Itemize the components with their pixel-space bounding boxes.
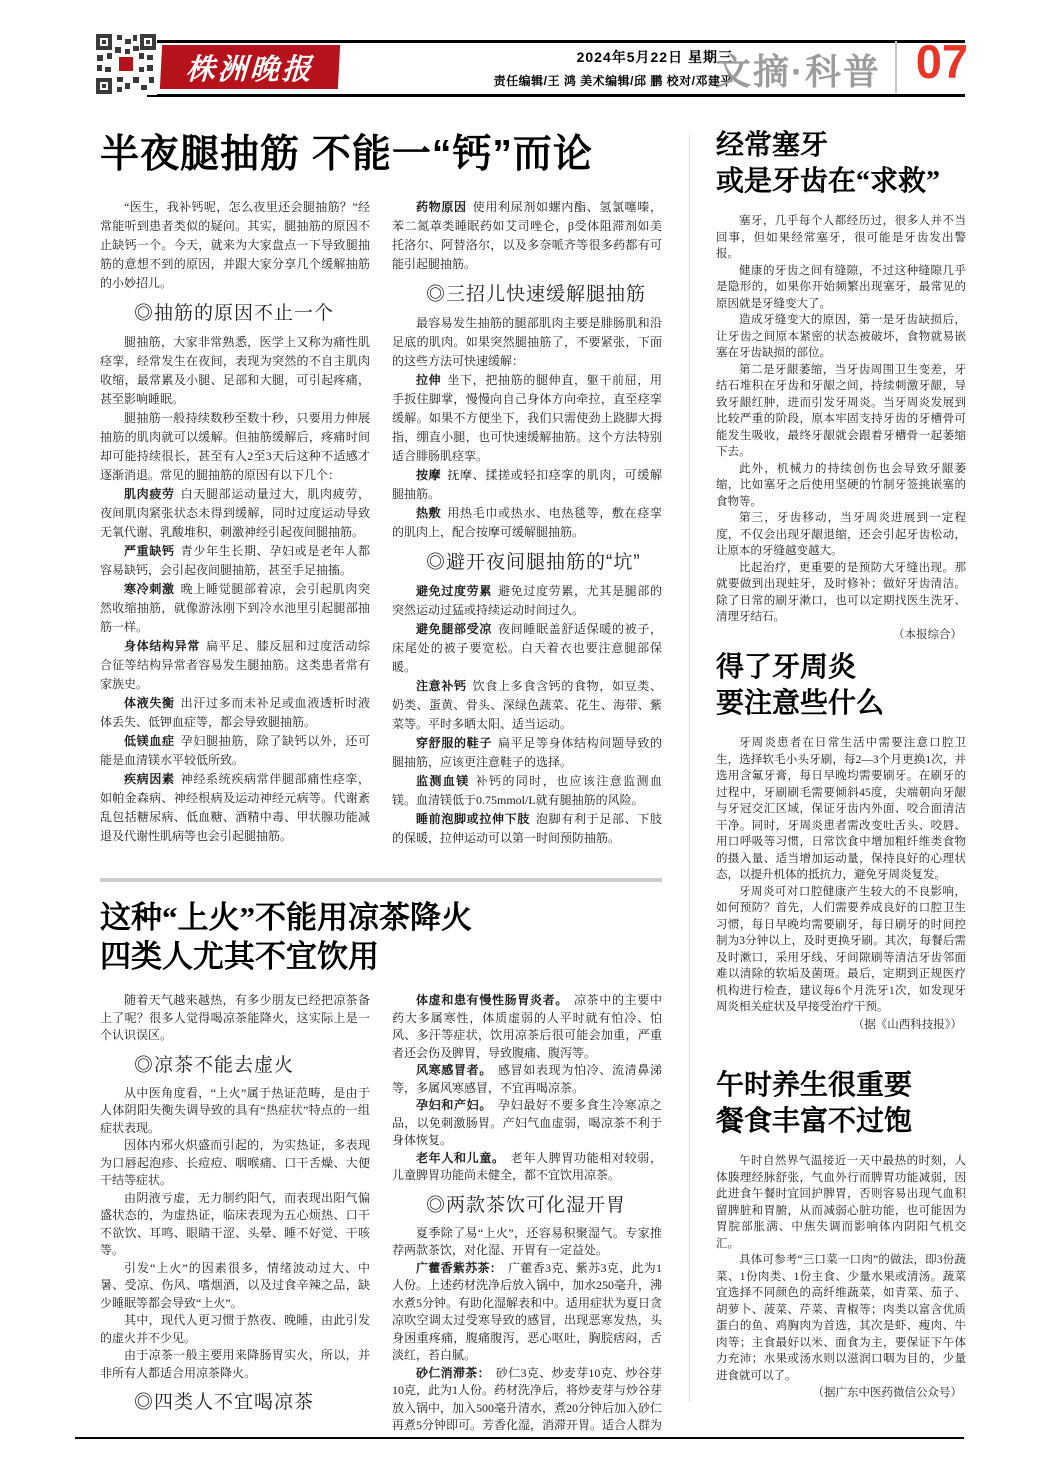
article-paragraph: 严重缺钙青少年生长期、孕妇或是老年人都容易缺钙，会引起夜间腿抽筋，甚至手足抽搐。 <box>100 542 370 580</box>
article-paragraph: “医生，我补钙呢，怎么夜里还会腿抽筋？”经常能听到患者类似的疑问。其实，腿抽筋的… <box>100 198 370 293</box>
article-paragraph: 疾病因素神经系统疾病常伴腿部痛性痉挛，如帕金森病、神经根病及运动神经元病等。代谢… <box>100 770 370 846</box>
article-paragraph: 午时自然界气温接近一天中最热的时刻，人体腠理经脉舒张，气血外行而脾胃功能减弱，因… <box>716 1153 966 1252</box>
article-body: “医生，我补钙呢，怎么夜里还会腿抽筋？”经常能听到患者类似的疑问。其实，腿抽筋的… <box>100 198 662 866</box>
paragraph-lead: 注意补钙 <box>416 679 467 693</box>
paragraph-lead: 孕妇和产妇。 <box>416 1098 492 1112</box>
article-paragraph: 腿抽筋，大家非常熟悉，医学上又称为痛性肌痉挛，经常发生在夜间，表现为突然的不自主… <box>100 333 370 409</box>
qr-code <box>95 33 157 95</box>
article-paragraph: 孕妇和产妇。孕妇最好不要多食生冷寒凉之品，以免刺激肠胃。产妇气血虚弱，喝凉茶不利… <box>392 1097 662 1150</box>
title-line-2: 要注意些什么 <box>716 688 884 719</box>
page-header: 株洲晚报 2024年5月22日 星期三 责任编辑/王 鸿 美术编辑/邱 鹏 校对… <box>97 30 965 104</box>
section-subhead: ◎四类人不宜喝凉茶 <box>100 1391 370 1415</box>
section-subhead: ◎两款茶饮可化湿开胃 <box>392 1194 662 1218</box>
header-rule-top <box>147 40 965 43</box>
article-paragraph: 健康的牙齿之间有缝隙，不过这种缝隙几乎是隐形的，如果你开始频繁出现塞牙，最常见的… <box>716 263 966 313</box>
section-divider <box>100 878 662 882</box>
editors-line: 责任编辑/王 鸿 美术编辑/邱 鹏 校对/邓建平 <box>494 72 733 89</box>
paragraph-lead: 砂仁消滞茶： <box>416 1366 490 1380</box>
column-separator <box>689 135 690 1403</box>
article-title: 得了牙周炎 要注意些什么 <box>716 650 966 722</box>
paragraph-lead: 穿舒服的鞋子 <box>416 736 492 750</box>
section-subhead: ◎抽筋的原因不止一个 <box>100 302 370 326</box>
section-title: 文摘·科普 <box>715 44 881 95</box>
source-attribution: （本报综合） <box>716 627 966 644</box>
article-herbal-tea: 这种“上火”不能用凉茶降火 四类人尤其不宜饮用 随着天气越来越热，有多少朋友已经… <box>100 898 662 1440</box>
paragraph-lead: 风寒感冒者。 <box>416 1063 492 1077</box>
paragraph-lead: 肌肉疲劳 <box>124 487 175 501</box>
article-paragraph: 因体内邪火炽盛而引起的，为实热证，多表现为口唇起泡疹、长痘痘、咽喉痛、口干舌燥、… <box>100 1137 370 1190</box>
paragraph-lead: 热敷 <box>416 506 441 520</box>
article-body: 随着天气越来越热，有多少朋友已经把凉茶备上了呢？很多人觉得喝凉茶能降火，这实际上… <box>100 992 662 1440</box>
article-paragraph: 按摩抚摩、揉搓或轻扣痉挛的肌肉，可缓解腿抽筋。 <box>392 466 662 504</box>
source-attribution: （据《山西科技报》） <box>716 1017 966 1034</box>
title-line-1: 午时养生很重要 <box>716 1070 912 1101</box>
article-paragraph: 睡前泡脚或拉伸下肢泡脚有利于足部、下肢的保暖，拉伸运动可以第一时间预防抽筋。 <box>392 810 662 848</box>
article-leg-cramps: 半夜腿抽筋 不能一“钙”而论 “医生，我补钙呢，怎么夜里还会腿抽筋？”经常能听到… <box>100 132 662 866</box>
header-meta: 2024年5月22日 星期三 责任编辑/王 鸿 美术编辑/邱 鹏 校对/邓建平 <box>494 47 733 89</box>
paragraph-lead: 寒冷刺激 <box>124 582 175 596</box>
article-paragraph: 穿舒服的鞋子扁平足等身体结构问题导致的腿抽筋，应该更注意鞋子的选择。 <box>392 734 662 772</box>
article-paragraph: 引发“上火”的因素很多，情绪波动过大、中暑、受凉、伤风、嗜烟酒，以及过食辛辣之品… <box>100 1260 370 1313</box>
paragraph-lead: 体液失衡 <box>124 696 175 710</box>
paragraph-lead: 监测血镁 <box>416 774 470 788</box>
issue-date: 2024年5月22日 星期三 <box>494 47 733 67</box>
article-paragraph: 牙周炎患者在日常生活中需要注意口腔卫生，选择软毛小头牙刷，每2—3个月更换1次，… <box>716 735 966 884</box>
article-paragraph: 身体结构异常扁平足、膝反屈和过度活动综合征等结构异常者容易发生腿抽筋。这类患者常… <box>100 637 370 694</box>
article-paragraph: 从中医角度看，“上火”属于热证范畴，是由于人体阴阳失衡失调导致的具有“热症状”特… <box>100 1085 370 1138</box>
article-paragraph: 由于凉茶一般主要用来降肠胃实火，所以，并非所有人都适合用凉茶降火。 <box>100 1347 370 1382</box>
article-paragraph: 避免腿部受凉夜间睡眠盖舒适保暖的被子，床尾处的被子要宽松。白天着衣也要注意腿部保… <box>392 620 662 677</box>
paragraph-lead: 避免腿部受凉 <box>416 622 492 636</box>
article-paragraph: 拉伸坐下，把抽筋的腿伸直，躯干前屈，用手扳住脚掌，慢慢向自己身体方向牵拉，直至痉… <box>392 371 662 466</box>
article-paragraph: 比起治疗，更重要的是预防大牙缝出现。那就要做到出现蛀牙，及时修补；做好牙齿清洁。… <box>716 560 966 626</box>
paragraph-lead: 体虚和患有慢性肠胃炎者。 <box>416 993 568 1007</box>
article-paragraph: 注意补钙饮食上多食含钙的食物，如豆类、奶类、蛋黄、骨头、深绿色蔬菜、花生、海带、… <box>392 677 662 734</box>
article-paragraph: 监测血镁补钙的同时，也应该注意监测血镁。血清镁低于0.75mmol/L就有腿抽筋… <box>392 772 662 810</box>
title-line-2: 餐食丰富不过饱 <box>716 1106 912 1137</box>
article-paragraph: 第三，牙齿移动，当牙周炎进展到一定程度，不仅会出现牙龈退缩，还会引起牙齿松动，让… <box>716 510 966 560</box>
article-paragraph: 体虚和患有慢性肠胃炎者。凉茶中的主要中药大多属寒性，体质虚弱的人平时就有怕冷、怕… <box>392 992 662 1062</box>
article-paragraph: 第二是牙龈萎缩，当牙齿周围卫生变差，牙结石堆积在牙齿和牙龈之间，持续刺激牙龈，导… <box>716 362 966 461</box>
article-body: 午时自然界气温接近一天中最热的时刻，人体腠理经脉舒张，气血外行而脾胃功能减弱，因… <box>716 1153 966 1402</box>
article-title: 经常塞牙 或是牙齿在“求救” <box>716 128 966 200</box>
article-noon-regimen: 午时养生很重要 餐食丰富不过饱 午时自然界气温接近一天中最热的时刻，人体腠理经脉… <box>716 1068 966 1402</box>
title-line-2: 四类人尤其不宜饮用 <box>100 939 379 974</box>
header-vertical-divider <box>895 41 897 93</box>
paragraph-lead: 拉伸 <box>416 373 441 387</box>
page-bottom-rule <box>75 1437 964 1439</box>
article-paragraph: 热敷用热毛巾或热水、电热毯等，敷在痉挛的肌肉上，配合按摩可缓解腿抽筋。 <box>392 504 662 542</box>
paragraph-lead: 严重缺钙 <box>124 544 175 558</box>
title-line-1: 经常塞牙 <box>716 130 828 161</box>
article-body: 塞牙，几乎每个人都经历过，很多人并不当回事，但如果经常塞牙，很可能是牙齿发出警报… <box>716 213 966 643</box>
title-line-2: 或是牙齿在“求救” <box>716 166 940 197</box>
article-paragraph: 造成牙缝变大的原因，第一是牙齿缺损后，让牙齿之间原本紧密的状态被破坏，食物就易嵌… <box>716 312 966 362</box>
article-paragraph: 低镁血症孕妇腿抽筋，除了缺钙以外，还可能是血清镁水平较低所致。 <box>100 732 370 770</box>
article-paragraph: 体液失衡出汗过多而未补足或血液透析时液体丢失、低钾血症等，都会导致腿抽筋。 <box>100 694 370 732</box>
article-paragraph: 寒冷刺激晚上睡觉腿部着凉，会引起肌肉突然收缩抽筋，就像游泳刚下到冷水池里引起腿部… <box>100 580 370 637</box>
article-title: 这种“上火”不能用凉茶降火 四类人尤其不宜饮用 <box>100 898 662 976</box>
article-periodontitis: 得了牙周炎 要注意些什么 牙周炎患者在日常生活中需要注意口腔卫生，选择软毛小头牙… <box>716 650 966 1033</box>
article-paragraph: 此外，机械力的持续创伤也会导致牙龈萎缩，比如塞牙之后使用坚硬的竹制牙签挑嵌塞的食… <box>716 461 966 511</box>
article-paragraph: 风寒感冒者。感冒如表现为怕冷、流清鼻涕等，多属风寒感冒，不宜再喝凉茶。 <box>392 1062 662 1097</box>
paragraph-lead: 睡前泡脚或拉伸下肢 <box>416 812 530 826</box>
article-paragraph: 塞牙，几乎每个人都经历过，很多人并不当回事，但如果经常塞牙，很可能是牙齿发出警报… <box>716 213 966 263</box>
source-attribution: （据广东中医药微信公众号） <box>716 1385 966 1402</box>
article-paragraph: 广藿香紫苏茶：广藿香3克、紫苏3克，此为1人份。上述药材洗净后放入锅中，加水25… <box>392 1260 662 1365</box>
newspaper-logo: 株洲晚报 <box>160 45 340 89</box>
article-paragraph: 牙周炎可对口腔健康产生较大的不良影响，如何预防？首先，人们需要养成良好的口腔卫生… <box>716 884 966 1016</box>
paragraph-lead: 广藿香紫苏茶： <box>416 1261 502 1275</box>
section-subhead: ◎三招儿快速缓解腿抽筋 <box>392 283 662 307</box>
paragraph-lead: 老年人和儿童。 <box>416 1151 505 1165</box>
paragraph-lead: 低镁血症 <box>124 734 175 748</box>
article-paragraph: 具体可参考“三口菜一口肉”的做法，即3份蔬菜、1份肉类、1份主食、少量水果或清汤… <box>716 1252 966 1384</box>
paragraph-lead: 身体结构异常 <box>124 639 200 653</box>
article-paragraph: 腿抽筋一般持续数秒至数十秒，只要用力伸展抽筋的肌肉就可以缓解。但抽筋缓解后，疼痛… <box>100 409 370 485</box>
article-paragraph: 老年人和儿童。老年人脾胃功能相对较弱，儿童脾胃功能尚未健全，都不宜饮用凉茶。 <box>392 1150 662 1185</box>
article-stuck-teeth: 经常塞牙 或是牙齿在“求救” 塞牙，几乎每个人都经历过，很多人并不当回事，但如果… <box>716 128 966 643</box>
article-paragraph: 由阴液亏虚，无力制约阳气，而表现出阳气偏盛状态的，为虚热证，临床表现为五心烦热、… <box>100 1190 370 1260</box>
article-paragraph: 随着天气越来越热，有多少朋友已经把凉茶备上了呢？很多人觉得喝凉茶能降火，这实际上… <box>100 992 370 1045</box>
section-subhead: ◎凉茶不能去虚火 <box>100 1054 370 1078</box>
page-number: 07 <box>916 38 968 85</box>
article-paragraph: 避免过度劳累避免过度劳累，尤其是腿部的突然运动过猛或持续运动时间过久。 <box>392 582 662 620</box>
paragraph-lead: 疾病因素 <box>124 772 175 786</box>
article-paragraph: 肌肉疲劳白天腿部运动量过大，肌肉疲劳，夜间肌肉紧张状态未得到缓解，同时过度运动导… <box>100 485 370 542</box>
article-paragraph: 其中，现代人更习惯于熬夜、晚睡，由此引发的虚火并不少见。 <box>100 1312 370 1347</box>
section-subhead: ◎避开夜间腿抽筋的“坑” <box>392 551 662 575</box>
article-paragraph: 最容易发生抽筋的腿部肌肉主要是腓肠肌和沿足底的肌肉。如果突然腿抽筋了，不要紧张，… <box>392 314 662 371</box>
article-title: 午时养生很重要 餐食丰富不过饱 <box>716 1068 966 1140</box>
article-body: 牙周炎患者在日常生活中需要注意口腔卫生，选择软毛小头牙刷，每2—3个月更换1次，… <box>716 735 966 1033</box>
paragraph-lead: 药物原因 <box>416 200 467 214</box>
article-paragraph: 药物原因使用利尿剂如螺内酯、氢氯噻嗪，苯二氮䓬类睡眠药如艾司唑仑，β受体阻滞剂如… <box>392 198 662 274</box>
article-paragraph: 夏季除了易“上火”，还容易积聚湿气。专家推荐两款茶饮，对化湿、开胃有一定益处。 <box>392 1225 662 1260</box>
article-title: 半夜腿抽筋 不能一“钙”而论 <box>100 132 662 178</box>
newspaper-page: 株洲晚报 2024年5月22日 星期三 责任编辑/王 鸿 美术编辑/邱 鹏 校对… <box>0 0 1039 1459</box>
title-line-1: 这种“上火”不能用凉茶降火 <box>100 900 472 935</box>
paragraph-lead: 避免过度劳累 <box>416 584 492 598</box>
title-line-1: 得了牙周炎 <box>716 652 856 683</box>
paragraph-lead: 按摩 <box>416 468 441 482</box>
left-column: 半夜腿抽筋 不能一“钙”而论 “医生，我补钙呢，怎么夜里还会腿抽筋？”经常能听到… <box>100 126 662 1440</box>
